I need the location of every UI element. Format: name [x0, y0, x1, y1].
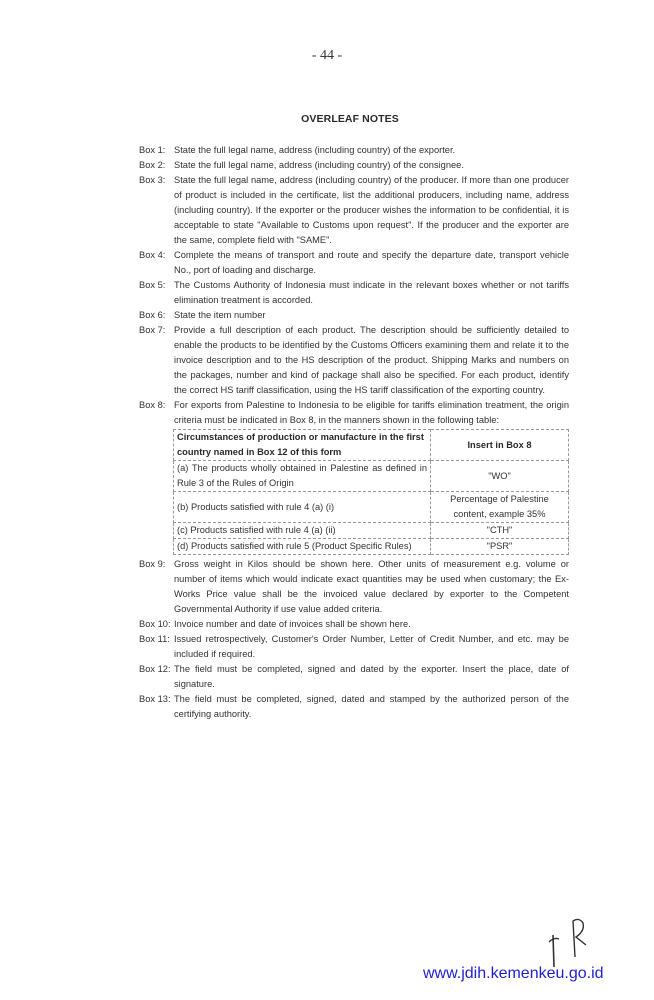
note-box-3: Box 3: State the full legal name, addres…	[139, 173, 569, 248]
table-cell-insert: "WO"	[431, 461, 569, 492]
table-cell-circumstance: (c) Products satisfied with rule 4 (a) (…	[174, 523, 431, 539]
table-cell-circumstance: (d) Products satisfied with rule 5 (Prod…	[174, 539, 431, 555]
note-box-11: Box 11: Issued retrospectively, Customer…	[139, 632, 569, 662]
note-text: State the full legal name, address (incl…	[174, 173, 569, 248]
note-label: Box 11:	[139, 632, 174, 662]
table-row: (c) Products satisfied with rule 4 (a) (…	[174, 523, 569, 539]
page-title: OVERLEAF NOTES	[0, 113, 654, 125]
footer-website-link[interactable]: www.jdih.kemenkeu.go.id	[423, 965, 604, 983]
note-label: Box 12:	[139, 662, 174, 692]
note-text: The field must be completed, signed and …	[174, 662, 569, 692]
origin-criteria-table: Circumstances of production or manufactu…	[173, 429, 569, 555]
table-cell-circumstance: (a) The products wholly obtained in Pale…	[174, 461, 431, 492]
note-box-9: Box 9: Gross weight in Kilos should be s…	[139, 557, 569, 617]
note-label: Box 3:	[139, 173, 174, 248]
note-text: Issued retrospectively, Customer's Order…	[174, 632, 569, 662]
table-header-row: Circumstances of production or manufactu…	[174, 430, 569, 461]
handwritten-initials-icon	[545, 915, 595, 970]
note-text: Provide a full description of each produ…	[174, 323, 569, 398]
table-header-insert: Insert in Box 8	[431, 430, 569, 461]
table-cell-circumstance: (b) Products satisfied with rule 4 (a) (…	[174, 492, 431, 523]
note-label: Box 2:	[139, 158, 174, 173]
note-text: State the item number	[174, 308, 569, 323]
overleaf-notes: Box 1: State the full legal name, addres…	[139, 143, 569, 722]
table-row: (b) Products satisfied with rule 4 (a) (…	[174, 492, 569, 523]
note-text: Gross weight in Kilos should be shown he…	[174, 557, 569, 617]
note-text: Invoice number and date of invoices shal…	[174, 617, 569, 632]
note-text: Complete the means of transport and rout…	[174, 248, 569, 278]
note-label: Box 5:	[139, 278, 174, 308]
note-label: Box 7:	[139, 323, 174, 398]
note-box-1: Box 1: State the full legal name, addres…	[139, 143, 569, 158]
note-label: Box 8:	[139, 398, 174, 557]
note-text: For exports from Palestine to Indonesia …	[174, 400, 569, 425]
table-row: (d) Products satisfied with rule 5 (Prod…	[174, 539, 569, 555]
note-text: The field must be completed, signed, dat…	[174, 692, 569, 722]
note-box-13: Box 13: The field must be completed, sig…	[139, 692, 569, 722]
note-label: Box 13:	[139, 692, 174, 722]
note-label: Box 1:	[139, 143, 174, 158]
note-box-12: Box 12: The field must be completed, sig…	[139, 662, 569, 692]
note-box-8: Box 8: For exports from Palestine to Ind…	[139, 398, 569, 557]
note-box-6: Box 6: State the item number	[139, 308, 569, 323]
note-box-7: Box 7: Provide a full description of eac…	[139, 323, 569, 398]
note-box-10: Box 10: Invoice number and date of invoi…	[139, 617, 569, 632]
note-box-5: Box 5: The Customs Authority of Indonesi…	[139, 278, 569, 308]
note-text: State the full legal name, address (incl…	[174, 158, 569, 173]
note-box-2: Box 2: State the full legal name, addres…	[139, 158, 569, 173]
note-label: Box 4:	[139, 248, 174, 278]
note-text: The Customs Authority of Indonesia must …	[174, 278, 569, 308]
table-header-circumstances: Circumstances of production or manufactu…	[174, 430, 431, 461]
table-cell-insert: "PSR"	[431, 539, 569, 555]
note-text: State the full legal name, address (incl…	[174, 143, 569, 158]
note-box-4: Box 4: Complete the means of transport a…	[139, 248, 569, 278]
note-text-container: For exports from Palestine to Indonesia …	[174, 398, 569, 557]
table-cell-insert: "CTH"	[431, 523, 569, 539]
page-number: - 44 -	[0, 48, 654, 64]
note-label: Box 9:	[139, 557, 174, 617]
table-row: (a) The products wholly obtained in Pale…	[174, 461, 569, 492]
note-label: Box 6:	[139, 308, 174, 323]
table-cell-insert: Percentage of Palestine content, example…	[431, 492, 569, 523]
note-label: Box 10:	[139, 617, 174, 632]
